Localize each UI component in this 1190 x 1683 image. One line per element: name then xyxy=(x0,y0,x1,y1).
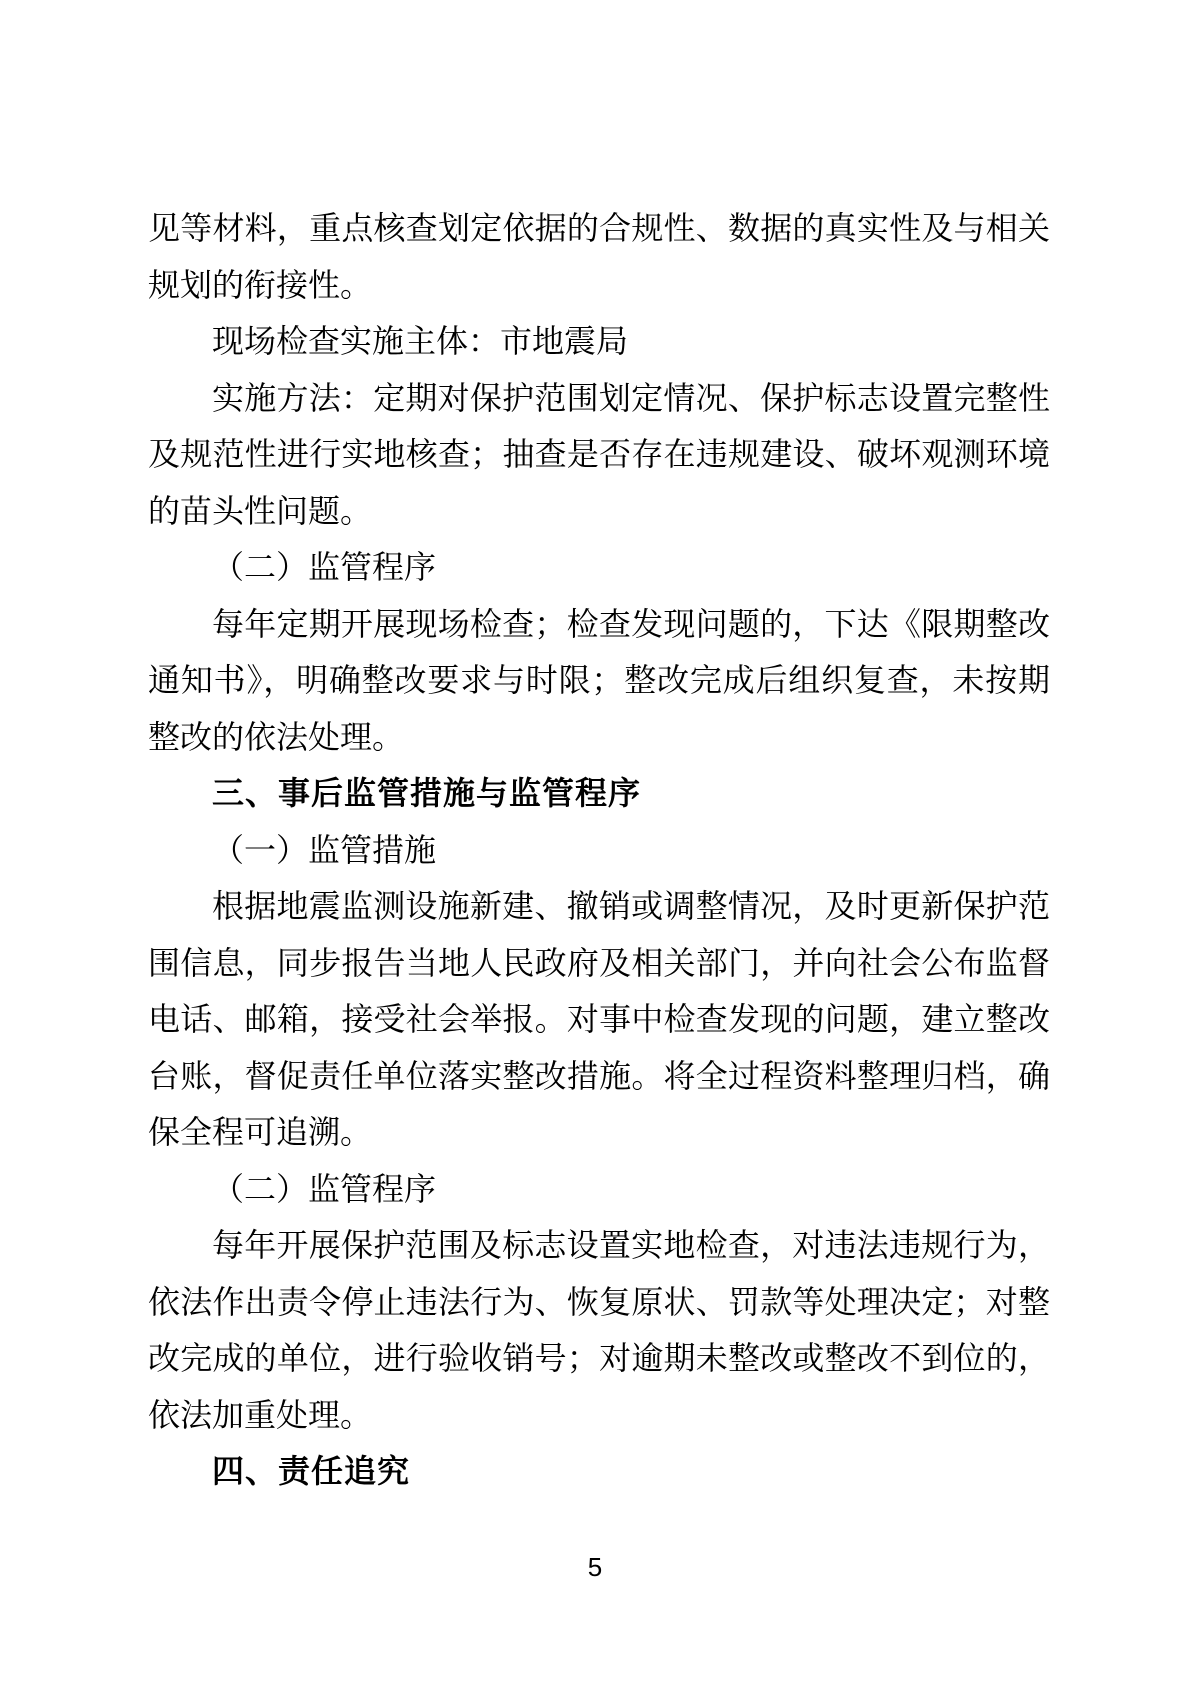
paragraph-post-supervision-procedure: 每年开展保护范围及标志设置实地检查，对违法违规行为，依法作出责令停止违法行为、恢… xyxy=(148,1217,1050,1443)
paragraph-post-supervision-measures: 根据地震监测设施新建、撤销或调整情况，及时更新保护范围信息，同步报告当地人民政府… xyxy=(148,878,1050,1161)
paragraph-materials-continuation: 见等材料，重点核查划定依据的合规性、数据的真实性及与相关规划的衔接性。 xyxy=(148,200,1050,313)
document-page: 见等材料，重点核查划定依据的合规性、数据的真实性及与相关规划的衔接性。 现场检查… xyxy=(0,0,1190,1683)
heading-section-3-post-supervision: 三、事后监管措施与监管程序 xyxy=(148,765,1050,822)
heading-section-4-accountability: 四、责任追究 xyxy=(148,1443,1050,1500)
document-body: 见等材料，重点核查划定依据的合规性、数据的真实性及与相关规划的衔接性。 现场检查… xyxy=(148,200,1050,1500)
subheading-supervision-measures-post: （一）监管措施 xyxy=(148,822,1050,879)
subheading-supervision-procedure-post: （二）监管程序 xyxy=(148,1161,1050,1218)
paragraph-implementation-method: 实施方法：定期对保护范围划定情况、保护标志设置完整性及规范性进行实地核查；抽查是… xyxy=(148,370,1050,540)
subheading-supervision-procedure-during: （二）监管程序 xyxy=(148,539,1050,596)
paragraph-onsite-inspection-subject: 现场检查实施主体：市地震局 xyxy=(148,313,1050,370)
paragraph-annual-inspection-procedure: 每年定期开展现场检查；检查发现问题的，下达《限期整改通知书》，明确整改要求与时限… xyxy=(148,596,1050,766)
page-number: 5 xyxy=(0,1552,1190,1583)
